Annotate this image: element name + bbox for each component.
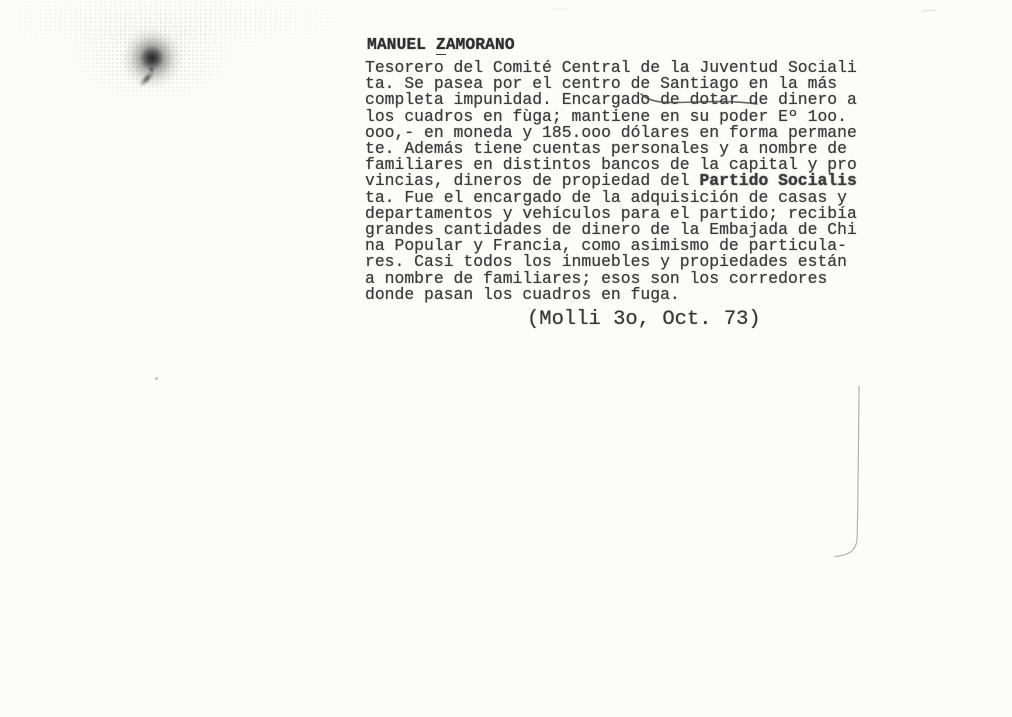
scanned-document-page: MANUEL ZAMORANO Tesorero del Comité Cent… [0, 0, 1012, 717]
santiago-underline [641, 94, 757, 104]
faint-mark-top-right [922, 10, 936, 11]
annotation-overlay [0, 0, 1012, 717]
paper-edge-line [835, 386, 859, 557]
